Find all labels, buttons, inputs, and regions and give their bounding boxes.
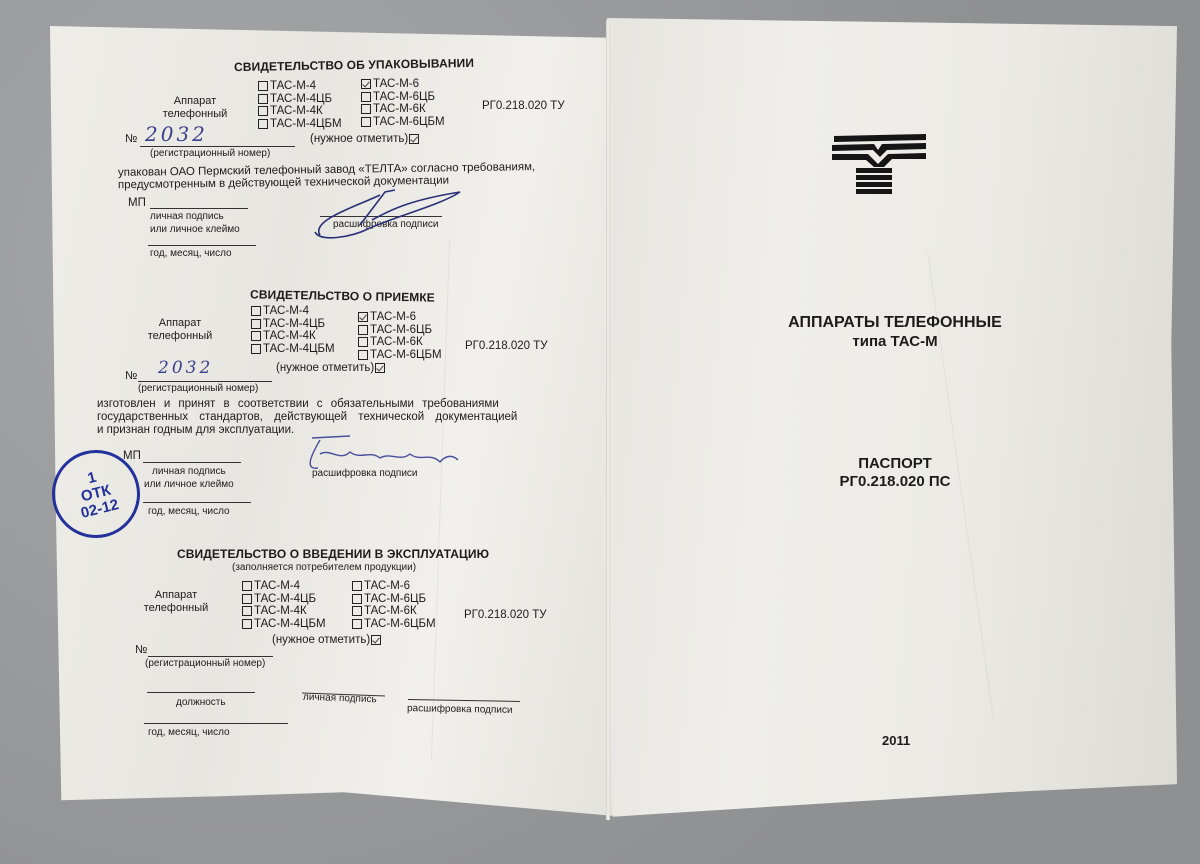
- packing-sign-caption2: или личное клеймо: [150, 224, 240, 235]
- model-checkbox[interactable]: [358, 312, 368, 322]
- model-option[interactable]: ТАС-М-4: [242, 580, 326, 593]
- model-option[interactable]: ТАС-М-6К: [358, 336, 442, 349]
- device-label-line2: телефонный: [140, 330, 220, 343]
- model-option[interactable]: ТАС-М-4ЦБ: [251, 318, 335, 331]
- model-checkbox[interactable]: [358, 350, 368, 360]
- commissioning-position-line[interactable]: [147, 692, 255, 693]
- commissioning-models-col1: ТАС-М-4ТАС-М-4ЦБТАС-М-4КТАС-М-4ЦБМ: [242, 580, 326, 630]
- model-checkbox[interactable]: [358, 337, 368, 347]
- model-label: ТАС-М-6ЦБМ: [370, 349, 442, 362]
- model-checkbox[interactable]: [258, 81, 268, 91]
- model-label: ТАС-М-6: [370, 311, 416, 324]
- device-label-line1: Аппарат: [140, 317, 220, 330]
- packing-number-line: [140, 146, 295, 147]
- device-label-line1: Аппарат: [160, 95, 230, 108]
- product-title: АППАРАТЫ ТЕЛЕФОННЫЕ: [610, 314, 1180, 332]
- model-option[interactable]: ТАС-М-6ЦБ: [361, 91, 445, 104]
- model-option[interactable]: ТАС-М-4К: [242, 605, 326, 618]
- model-label: ТАС-М-4ЦБ: [270, 93, 332, 106]
- model-checkbox[interactable]: [352, 594, 362, 604]
- packing-sign-caption1: личная подпись: [150, 211, 224, 222]
- model-checkbox[interactable]: [242, 619, 252, 629]
- model-option[interactable]: ТАС-М-4ЦБМ: [251, 343, 335, 356]
- commissioning-date-line[interactable]: [144, 723, 288, 724]
- model-checkbox[interactable]: [242, 581, 252, 591]
- acceptance-number-line: [138, 381, 272, 382]
- commissioning-position-caption: должность: [176, 697, 226, 708]
- model-option[interactable]: ТАС-М-4ЦБ: [242, 593, 326, 606]
- model-label: ТАС-М-6К: [373, 103, 426, 116]
- doc-code: РГ0.218.020 ПС: [610, 473, 1180, 490]
- commissioning-device-label: Аппарат телефонный: [136, 589, 216, 615]
- model-label: ТАС-М-6К: [370, 336, 423, 349]
- doc-type: ПАСПОРТ: [610, 455, 1180, 472]
- model-checkbox[interactable]: [352, 619, 362, 629]
- commissioning-date-caption: год, месяц, число: [148, 727, 230, 738]
- model-label: ТАС-М-4: [270, 80, 316, 93]
- doc-year: 2011: [882, 733, 910, 748]
- model-checkbox[interactable]: [352, 606, 362, 616]
- model-label: ТАС-М-4ЦБ: [263, 318, 325, 331]
- packing-mp: МП: [128, 197, 146, 209]
- packing-models-col2: ТАС-М-6ТАС-М-6ЦБТАС-М-6КТАС-М-6ЦБМ: [361, 78, 445, 128]
- model-checkbox[interactable]: [251, 331, 261, 341]
- packing-spec: РГ0.218.020 ТУ: [482, 100, 565, 112]
- acceptance-spec: РГ0.218.020 ТУ: [465, 340, 548, 352]
- device-label-line1: Аппарат: [136, 589, 216, 602]
- commissioning-title: СВИДЕТЕЛЬСТВО О ВВЕДЕНИИ В ЭКСПЛУАТАЦИЮ: [177, 547, 489, 561]
- model-option[interactable]: ТАС-М-6: [361, 78, 445, 91]
- model-label: ТАС-М-6ЦБ: [373, 91, 435, 104]
- mark-note-checkbox[interactable]: [409, 134, 419, 144]
- model-checkbox[interactable]: [258, 94, 268, 104]
- model-option[interactable]: ТАС-М-6К: [352, 605, 436, 618]
- model-option[interactable]: ТАС-М-6ЦБМ: [358, 349, 442, 362]
- packing-sign-line: [150, 208, 248, 209]
- acceptance-sign-line: [143, 462, 241, 463]
- packing-mark-note: (нужное отметить): [310, 133, 419, 145]
- model-option[interactable]: ТАС-М-4ЦБ: [258, 93, 342, 106]
- commissioning-mark-note: (нужное отметить): [272, 634, 381, 646]
- acceptance-number-caption: (регистрационный номер): [138, 383, 258, 394]
- acceptance-sign-caption1: личная подпись: [152, 466, 226, 477]
- device-label-line2: телефонный: [160, 108, 230, 121]
- mark-note-checkbox[interactable]: [371, 635, 381, 645]
- packing-number-caption: (регистрационный номер): [150, 148, 270, 159]
- model-checkbox[interactable]: [242, 606, 252, 616]
- acceptance-models-col2: ТАС-М-6ТАС-М-6ЦБТАС-М-6КТАС-М-6ЦБМ: [358, 311, 442, 361]
- packing-models-col1: ТАС-М-4ТАС-М-4ЦБТАС-М-4КТАС-М-4ЦБМ: [258, 80, 342, 130]
- model-label: ТАС-М-4: [263, 305, 309, 318]
- model-checkbox[interactable]: [251, 344, 261, 354]
- model-label: ТАС-М-6ЦБМ: [373, 116, 445, 129]
- model-label: ТАС-М-4К: [270, 105, 323, 118]
- model-option[interactable]: ТАС-М-6ЦБ: [358, 324, 442, 337]
- model-label: ТАС-М-4: [254, 580, 300, 593]
- device-label-line2: телефонный: [136, 602, 216, 615]
- model-checkbox[interactable]: [361, 79, 371, 89]
- acceptance-body-line3: и признан годным для эксплуатации.: [97, 424, 294, 436]
- model-label: ТАС-М-4К: [263, 330, 316, 343]
- model-checkbox[interactable]: [352, 581, 362, 591]
- product-subtitle: типа ТАС-М: [610, 333, 1180, 350]
- model-option[interactable]: ТАС-М-6: [352, 580, 436, 593]
- packing-number-prefix: №: [125, 133, 137, 145]
- model-option[interactable]: ТАС-М-6ЦБ: [352, 593, 436, 606]
- model-option[interactable]: ТАС-М-4: [251, 305, 335, 318]
- model-label: ТАС-М-6ЦБ: [370, 324, 432, 337]
- model-option[interactable]: ТАС-М-6: [358, 311, 442, 324]
- commissioning-number-prefix: №: [135, 644, 147, 656]
- model-checkbox[interactable]: [358, 325, 368, 335]
- commissioning-subtitle: (заполняется потребителем продукции): [232, 562, 416, 573]
- acceptance-body-line2: государственных стандартов, действующей …: [97, 411, 517, 423]
- acceptance-mark-note: (нужное отметить): [276, 362, 385, 374]
- model-checkbox[interactable]: [361, 117, 371, 127]
- acceptance-number-prefix: №: [125, 370, 137, 382]
- model-checkbox[interactable]: [258, 106, 268, 116]
- model-label: ТАС-М-6ЦБ: [364, 593, 426, 606]
- model-option[interactable]: ТАС-М-6К: [361, 103, 445, 116]
- packing-number-handwritten[interactable]: 2032: [145, 122, 208, 146]
- model-label: ТАС-М-4К: [254, 605, 307, 618]
- packing-signature: [300, 180, 470, 250]
- model-option[interactable]: ТАС-М-4К: [258, 105, 342, 118]
- model-option[interactable]: ТАС-М-4ЦБМ: [258, 118, 342, 131]
- commissioning-spec: РГ0.218.020 ТУ: [464, 609, 547, 621]
- model-option[interactable]: ТАС-М-4ЦБМ: [242, 618, 326, 631]
- model-checkbox[interactable]: [251, 319, 261, 329]
- acceptance-body-line1: изготовлен и принят в соответствии с обя…: [97, 398, 499, 410]
- packing-date-caption: год, месяц, число: [150, 248, 232, 259]
- acceptance-date-caption: год, месяц, число: [148, 506, 230, 517]
- model-option[interactable]: ТАС-М-4: [258, 80, 342, 93]
- model-label: ТАС-М-4ЦБМ: [270, 118, 342, 131]
- model-label: ТАС-М-6К: [364, 605, 417, 618]
- model-checkbox[interactable]: [242, 594, 252, 604]
- acceptance-signature: [290, 432, 470, 477]
- model-label: ТАС-М-4ЦБМ: [254, 618, 326, 631]
- model-label: ТАС-М-6: [373, 78, 419, 91]
- commissioning-number-caption: (регистрационный номер): [145, 658, 265, 669]
- acceptance-mp: МП: [123, 450, 141, 462]
- commissioning-models-col2: ТАС-М-6ТАС-М-6ЦБТАС-М-6КТАС-М-6ЦБМ: [352, 580, 436, 630]
- model-label: ТАС-М-6ЦБМ: [364, 618, 436, 631]
- model-option[interactable]: ТАС-М-4К: [251, 330, 335, 343]
- model-label: ТАС-М-6: [364, 580, 410, 593]
- packing-device-label: Аппарат телефонный: [160, 95, 230, 121]
- telta-logo-icon: [830, 128, 928, 198]
- acceptance-sign-caption2: или личное клеймо: [144, 479, 234, 490]
- model-checkbox[interactable]: [361, 104, 371, 114]
- page-fold: [606, 20, 610, 820]
- acceptance-device-label: Аппарат телефонный: [140, 317, 220, 343]
- model-checkbox[interactable]: [258, 119, 268, 129]
- commissioning-decode-caption: расшифровка подписи: [407, 703, 513, 716]
- model-option[interactable]: ТАС-М-6ЦБМ: [352, 618, 436, 631]
- model-option[interactable]: ТАС-М-6ЦБМ: [361, 116, 445, 129]
- acceptance-models-col1: ТАС-М-4ТАС-М-4ЦБТАС-М-4КТАС-М-4ЦБМ: [251, 305, 335, 355]
- commissioning-number-line[interactable]: [148, 656, 273, 657]
- mark-note-checkbox[interactable]: [375, 363, 385, 373]
- packing-date-line: [148, 245, 256, 246]
- acceptance-date-line: [143, 502, 251, 503]
- model-checkbox[interactable]: [251, 306, 261, 316]
- model-checkbox[interactable]: [361, 92, 371, 102]
- acceptance-number-handwritten[interactable]: 2032: [158, 358, 213, 378]
- model-label: ТАС-М-4ЦБ: [254, 593, 316, 606]
- model-label: ТАС-М-4ЦБМ: [263, 343, 335, 356]
